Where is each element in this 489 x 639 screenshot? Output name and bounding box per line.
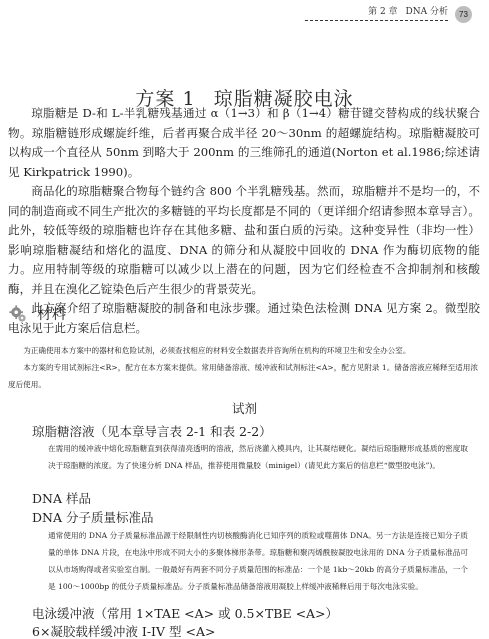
gears-icon xyxy=(9,305,27,323)
reagent-dna-marker: DNA 分子质量标准品 xyxy=(32,508,153,526)
reagent-label-note: 本方案的专用试剂标注<R>，配方在本方案末提供。常用储备溶液、缓冲液和试剂标注<… xyxy=(8,359,478,393)
reagent-agarose-solution: 琼脂糖溶液（见本章导言表 2-1 和表 2-2） xyxy=(32,422,272,440)
intro-paragraph-1: 琼脂糖是 D-和 L-半乳糖残基通过 α（1→3）和 β（1→4）糖苷键交替构成… xyxy=(8,104,480,182)
intro-section: 琼脂糖是 D-和 L-半乳糖残基通过 α（1→3）和 β（1→4）糖苷键交替构成… xyxy=(8,104,480,338)
materials-notes: 为正确使用本方案中的器材和危险试剂，必须查找相应的材料安全数据表并咨询所在机构的… xyxy=(8,342,478,393)
intro-paragraph-3: 此方案介绍了琼脂糖凝胶的制备和电泳步骤。通过染色法检测 DNA 见方案 2。微型… xyxy=(8,299,480,338)
intro-paragraph-2: 商品化的琼脂糖聚合物每个链约含 800 个半乳糖残基。然而，琼脂糖并不是均一的，… xyxy=(8,182,480,299)
reagent-dna-marker-desc: 通常使用的 DNA 分子质量标准品源于经限制性内切核酸酶消化已知序列的质粒或噬菌… xyxy=(48,527,468,595)
reagent-loading-buffer: 6×凝胶载样缓冲液 I-IV 型 <A> xyxy=(32,622,215,639)
reagents-heading: 试剂 xyxy=(0,399,489,417)
reagent-electrophoresis-buffer: 电泳缓冲液（常用 1×TAE <A> 或 0.5×TBE <A>） xyxy=(32,604,338,622)
materials-title: 材料 xyxy=(37,303,66,324)
materials-heading: 材料 xyxy=(9,303,66,324)
reagent-dna-sample: DNA 样品 xyxy=(32,489,91,507)
page-number-badge: 73 xyxy=(455,6,472,23)
chapter-title: DNA 分析 xyxy=(406,7,448,17)
reagent-agarose-desc: 在需用的缓冲液中熔化琼脂糖直到获得清亮透明的溶液，然后浇灌入模具内，让其凝结硬化… xyxy=(48,440,468,474)
running-header: 第 2 章DNA 分析 xyxy=(305,4,448,21)
safety-note: 为正确使用本方案中的器材和危险试剂，必须查找相应的材料安全数据表并咨询所在机构的… xyxy=(8,342,478,359)
chapter-number: 第 2 章 xyxy=(368,7,397,17)
